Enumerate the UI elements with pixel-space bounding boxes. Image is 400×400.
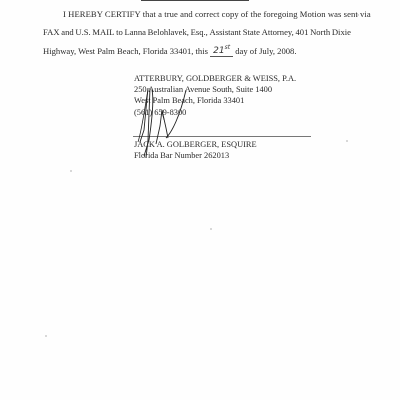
day-number: 21: [213, 46, 224, 56]
signer-name: JACK A. GOLBERGER, ESQUIRE: [134, 139, 257, 150]
firm-address-2: West Palm Beach, Florida 33401: [134, 95, 296, 106]
certificate-line-3: Highway, West Palm Beach, Florida 33401,…: [43, 45, 296, 58]
handwritten-day: 21st: [210, 44, 233, 57]
word: to: [116, 27, 123, 37]
scan-speck: [210, 228, 212, 230]
scan-speck: [357, 14, 359, 16]
firm-block: ATTERBURY, GOLDBERGER & WEISS, P.A. 250 …: [134, 73, 296, 118]
word: and: [61, 27, 73, 37]
line3-before: Highway, West Palm Beach, Florida 33401,…: [43, 46, 208, 56]
word: U.S.: [75, 27, 90, 37]
certificate-line-1: I HEREBY CERTIFY that a true and correct…: [63, 9, 371, 19]
certificate-line-2: FAX and U.S. MAIL to Lanna Belohlavek, E…: [43, 27, 351, 37]
signature-block: JACK A. GOLBERGER, ESQUIRE Florida Bar N…: [134, 139, 257, 161]
word: Assistant: [210, 27, 242, 37]
line3-after: day of July, 2008.: [235, 46, 296, 56]
word: Dixie: [332, 27, 351, 37]
day-suffix: st: [225, 44, 230, 51]
firm-phone: (561) 659-8300: [134, 107, 296, 118]
scan-speck: [45, 335, 47, 337]
word: Attorney,: [262, 27, 294, 37]
word: State: [243, 27, 260, 37]
word: Esq.,: [191, 27, 208, 37]
signature-line: [133, 136, 311, 137]
bar-number: Florida Bar Number 262013: [134, 150, 257, 161]
word: MAIL: [92, 27, 114, 37]
word: North: [310, 27, 330, 37]
scan-speck: [70, 170, 72, 172]
heading-underline: [141, 0, 249, 1]
word: Lanna: [124, 27, 145, 37]
word: FAX: [43, 27, 60, 37]
document-page: I HEREBY CERTIFY that a true and correct…: [0, 0, 400, 400]
word: 401: [295, 27, 308, 37]
word: Belohlavek,: [148, 27, 189, 37]
firm-name: ATTERBURY, GOLDBERGER & WEISS, P.A.: [134, 73, 296, 84]
scan-speck: [346, 140, 348, 142]
firm-address-1: 250 Australian Avenue South, Suite 1400: [134, 84, 296, 95]
